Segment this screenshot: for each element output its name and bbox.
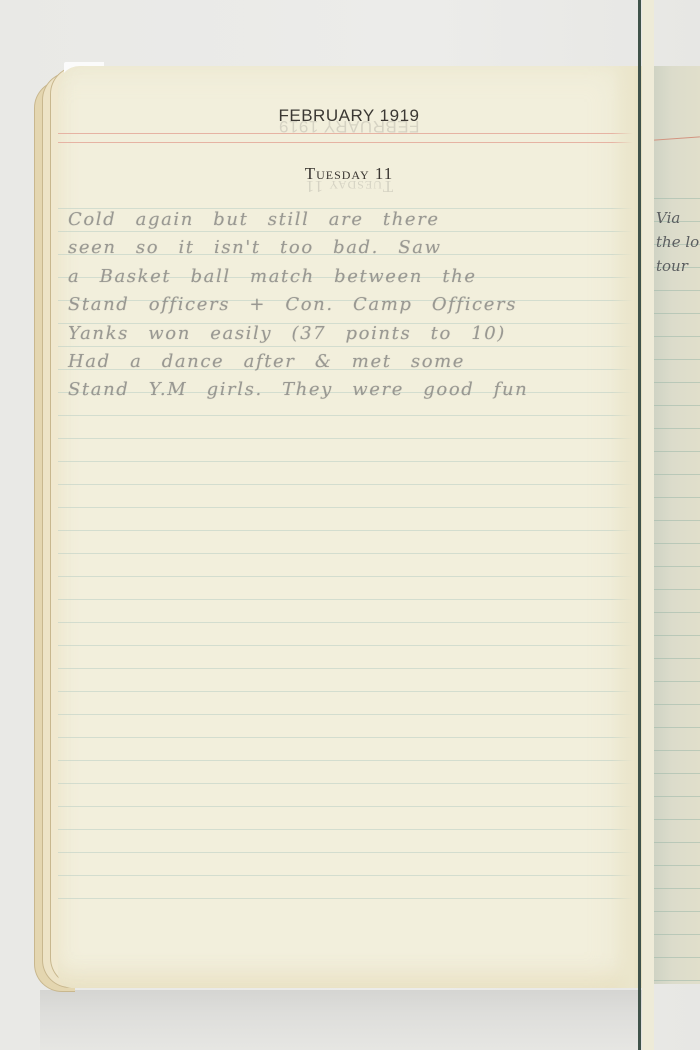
entry-line: Cold again but still are there: [68, 206, 610, 234]
entry-line: seen so it isn't too bad. Saw: [68, 234, 610, 262]
header-rule: [654, 136, 700, 140]
entry-line: Had a dance after & met some: [68, 348, 610, 376]
bleed-through-text: Tuesday 11: [58, 176, 640, 196]
month-header: FEBRUARY 1919 FEBRUARY 1919: [58, 106, 640, 126]
adjacent-page: Via the lo tour: [654, 66, 700, 984]
ruled-lines: [654, 176, 700, 984]
table-shadow: [40, 990, 650, 1050]
day-header: Tuesday 11 Tuesday 11: [58, 164, 640, 184]
entry-line: Yanks won easily (37 points to 10): [68, 320, 610, 348]
header-rule: [58, 142, 640, 143]
adjacent-line: Via: [656, 206, 699, 230]
adjacent-page-text: Via the lo tour: [656, 206, 699, 278]
adjacent-line: tour: [656, 254, 699, 278]
entry-line: Stand officers + Con. Camp Officers: [68, 291, 610, 319]
diary-page: FEBRUARY 1919 FEBRUARY 1919 Tuesday 11 T…: [58, 66, 640, 988]
bleed-through-text: FEBRUARY 1919: [58, 116, 640, 136]
handwritten-entry: Cold again but still are there seen so i…: [68, 206, 610, 405]
adjacent-line: the lo: [656, 230, 699, 254]
entry-line: Stand Y.M girls. They were good fun: [68, 376, 610, 404]
entry-line: a Basket ball match between the: [68, 263, 610, 291]
binding-line: [638, 0, 641, 1050]
binding-strip: [642, 0, 654, 1050]
